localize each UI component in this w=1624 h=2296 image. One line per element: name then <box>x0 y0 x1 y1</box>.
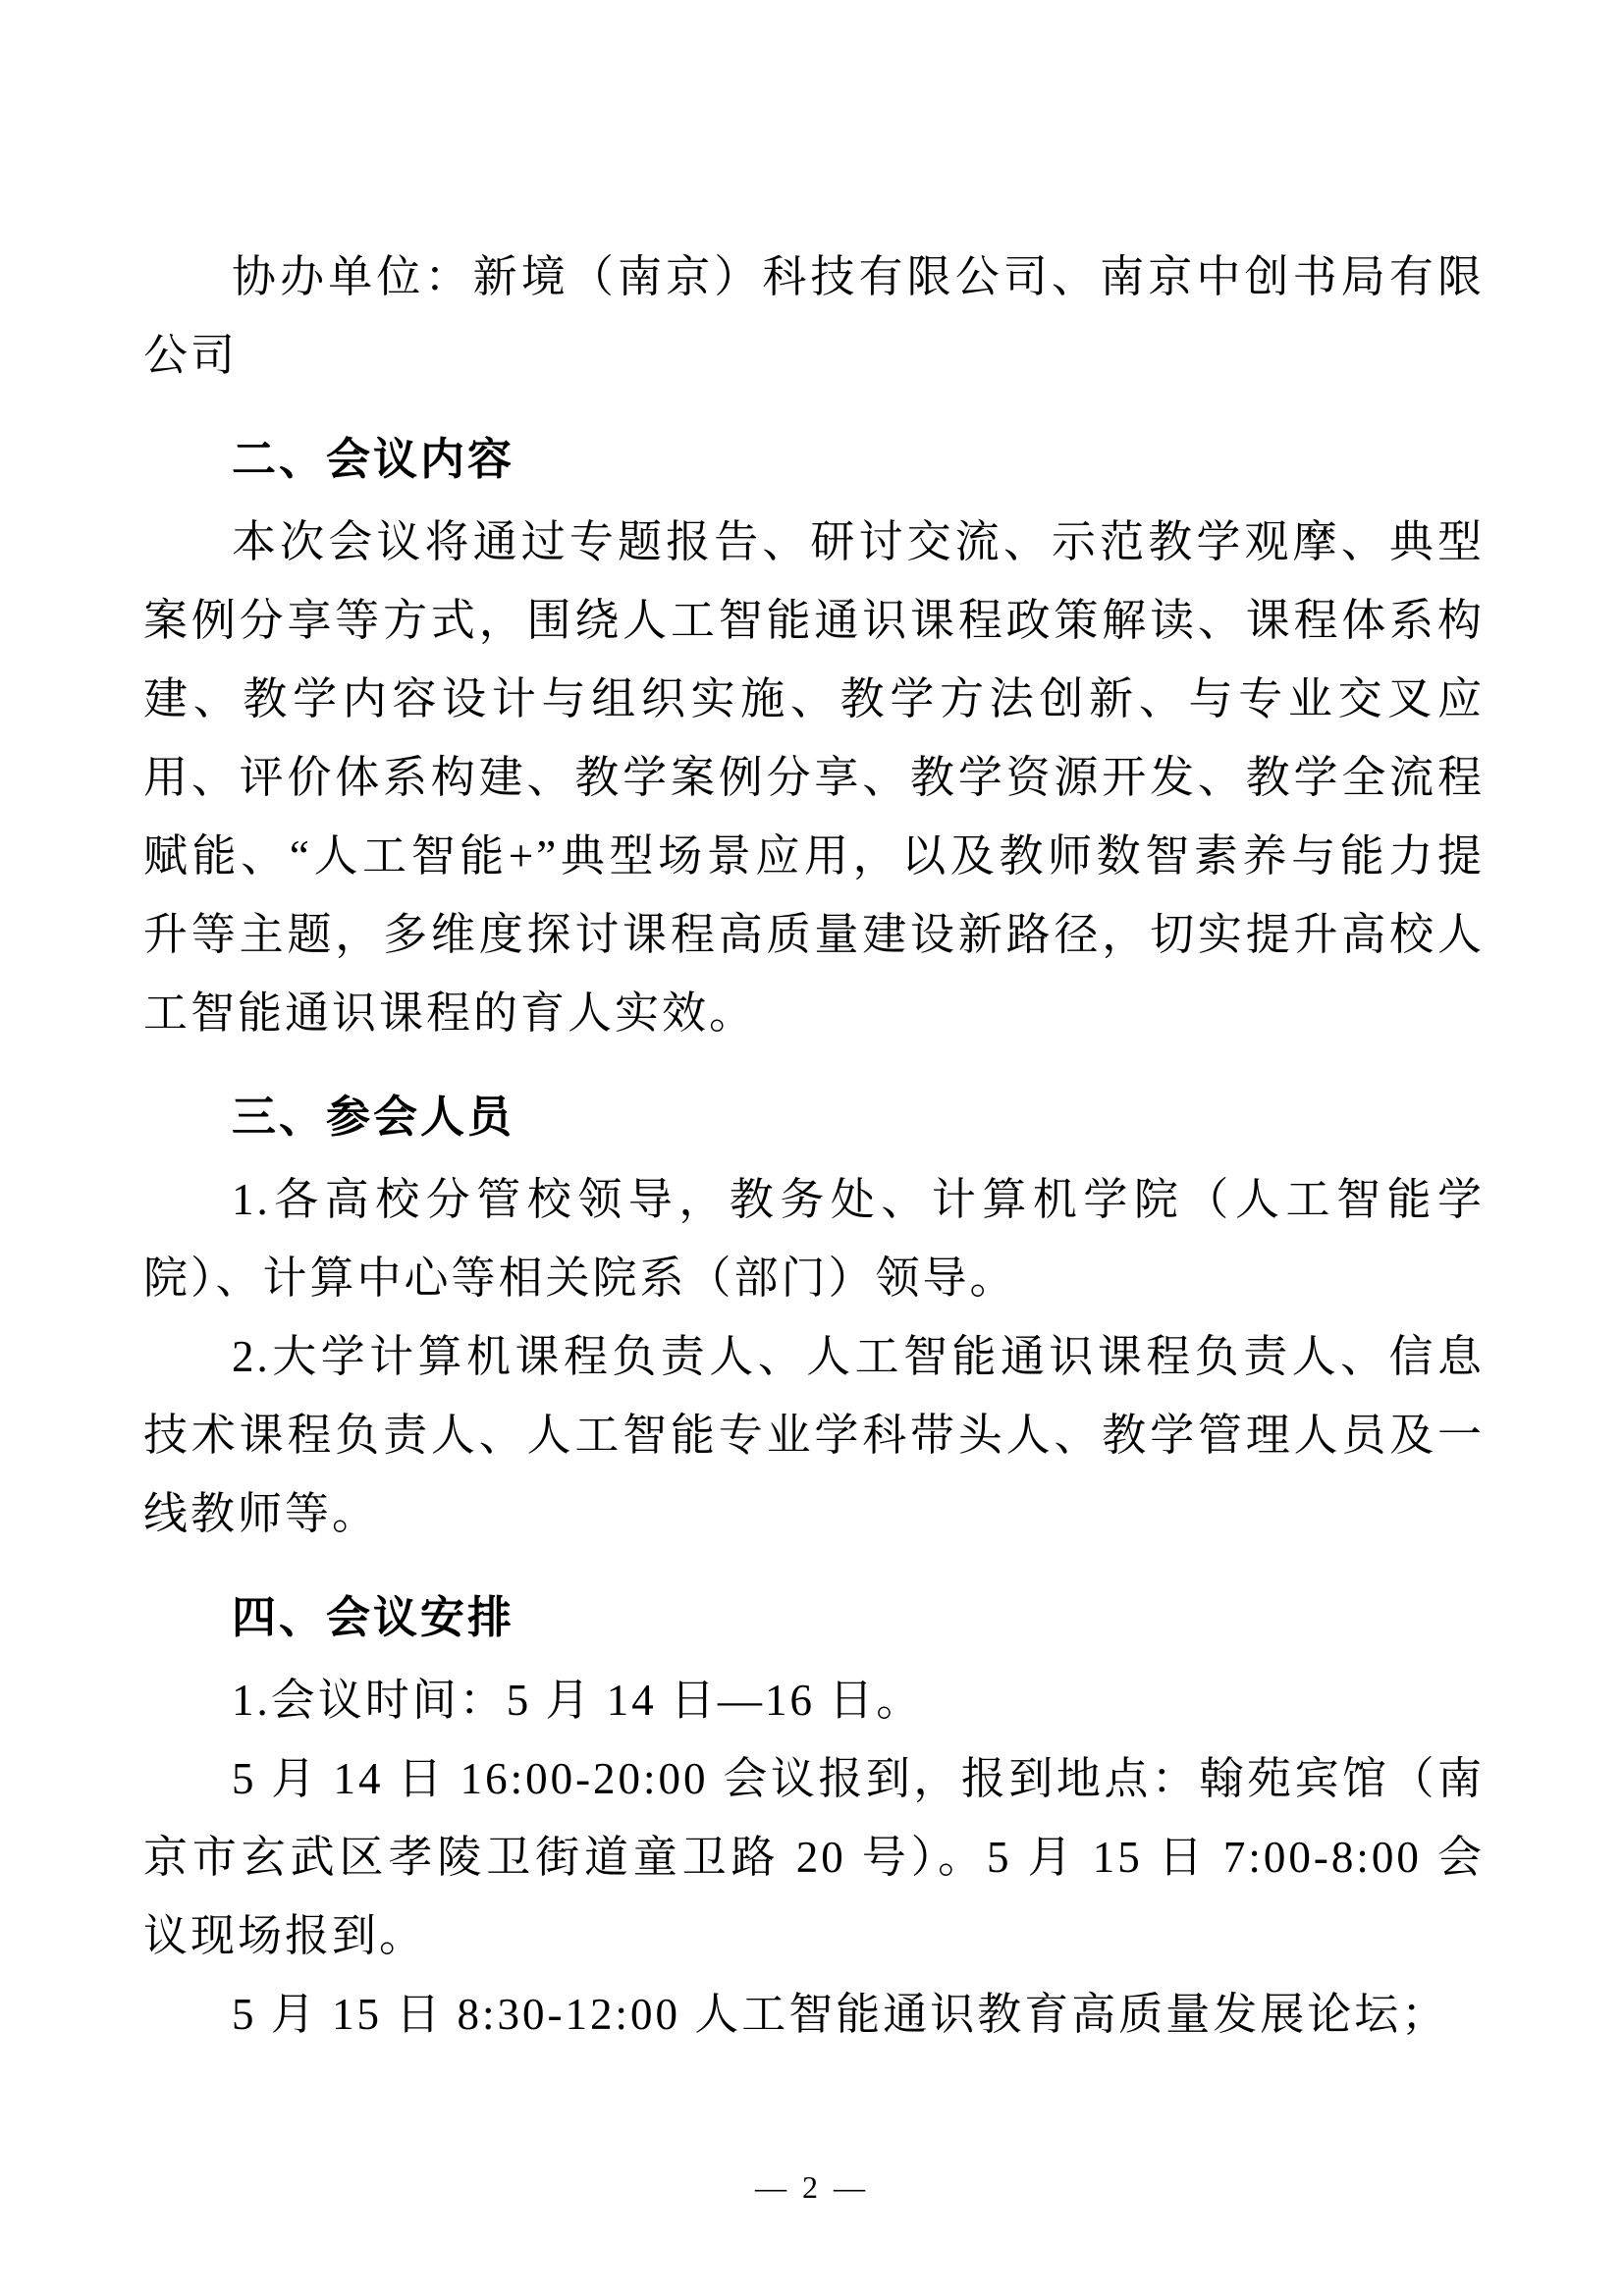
paragraph-participants-item-2: 2.大学计算机课程负责人、人工智能通识课程负责人、信息技术课程负责人、人工智能专… <box>143 1317 1485 1553</box>
paragraph-agenda-forum: 5 月 15 日 8:30-12:00 人工智能通识教育高质量发展论坛； <box>143 1975 1485 2054</box>
paragraph-agenda-checkin: 5 月 14 日 16:00-20:00 会议报到，报到地点：翰苑宾馆（南京市玄… <box>143 1739 1485 1975</box>
paragraph-participants-item-1: 1.各高校分管校领导，教务处、计算机学院（人工智能学院）、计算中心等相关院系（部… <box>143 1160 1485 1317</box>
paragraph-meeting-content: 本次会议将通过专题报告、研讨交流、示范教学观摩、典型案例分享等方式，围绕人工智能… <box>143 503 1485 1052</box>
page-number: — 2 — <box>0 2169 1624 2206</box>
document-page: 协办单位：新境（南京）科技有限公司、南京中创书局有限公司 二、会议内容 本次会议… <box>0 0 1624 2296</box>
document-body: 协办单位：新境（南京）科技有限公司、南京中创书局有限公司 二、会议内容 本次会议… <box>143 238 1485 2054</box>
section-heading-agenda: 四、会议安排 <box>143 1578 1485 1657</box>
paragraph-agenda-time: 1.会议时间：5 月 14 日—16 日。 <box>143 1661 1485 1739</box>
section-heading-meeting-content: 二、会议内容 <box>143 420 1485 499</box>
section-heading-participants: 三、参会人员 <box>143 1078 1485 1156</box>
paragraph-co-organizer: 协办单位：新境（南京）科技有限公司、南京中创书局有限公司 <box>143 238 1485 395</box>
